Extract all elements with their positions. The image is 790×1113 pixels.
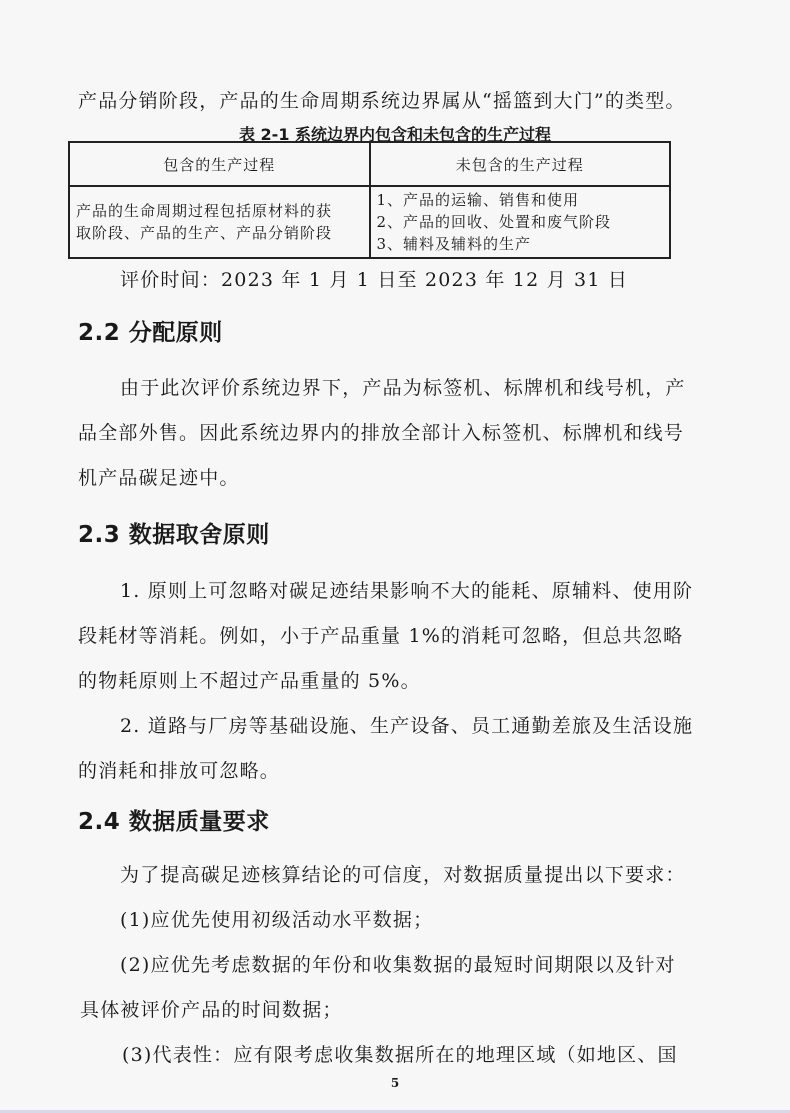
paragraph-line: 由于此次评价系统边界下，产品为标签机、标牌机和线号机，产 <box>120 373 686 400</box>
paragraph-line: (2)应优先考虑数据的年份和收集数据的最短时间期限以及针对 <box>120 950 676 977</box>
document-page: 产品分销阶段，产品的生命周期系统边界属从“摇篮到大门”的类型。 表 2-1 系统… <box>0 0 790 1113</box>
excluded-item: 2、产品的回收、处置和废气阶段 <box>377 211 664 233</box>
paragraph-line: (1)应优先使用初级活动水平数据； <box>120 905 433 932</box>
paragraph-line: 品全部外售。因此系统边界内的排放全部计入标签机、标牌机和线号 <box>78 418 684 445</box>
cell-excluded: 1、产品的运输、销售和使用 2、产品的回收、处置和废气阶段 3、辅料及辅料的生产 <box>370 186 671 258</box>
table-row: 产品的生命周期过程包括原材料的获 取阶段、产品的生产、产品分销阶段 1、产品的运… <box>69 186 670 258</box>
paragraph-line: 段耗材等消耗。例如，小于产品重量 1%的消耗可忽略，但总共忽略 <box>78 621 683 648</box>
intro-line: 产品分销阶段，产品的生命周期系统边界属从“摇篮到大门”的类型。 <box>78 86 686 113</box>
system-boundary-table: 包含的生产过程 未包含的生产过程 产品的生命周期过程包括原材料的获 取阶段、产品… <box>68 141 671 259</box>
paragraph-line: 为了提高碳足迹核算结论的可信度，对数据质量提出以下要求： <box>120 860 686 887</box>
paragraph-line: (3)代表性：应有限考虑收集数据所在的地理区域（如地区、国 <box>122 1040 678 1067</box>
paragraph-line: 的消耗和排放可忽略。 <box>78 756 280 783</box>
header-included: 包含的生产过程 <box>69 142 370 186</box>
evaluation-time: 评价时间：2023 年 1 月 1 日至 2023 年 12 月 31 日 <box>120 265 628 292</box>
cell-included: 产品的生命周期过程包括原材料的获 取阶段、产品的生产、产品分销阶段 <box>69 186 370 258</box>
section-heading-2-3: 2.3 数据取舍原则 <box>78 516 270 549</box>
paragraph-line: 具体被评价产品的时间数据； <box>80 995 343 1022</box>
included-line: 取阶段、产品的生产、产品分销阶段 <box>76 222 363 244</box>
paragraph-line: 机产品碳足迹中。 <box>78 463 240 490</box>
section-heading-2-4: 2.4 数据质量要求 <box>78 803 270 836</box>
paragraph-line: 的物耗原则上不超过产品重量的 5%。 <box>78 666 421 693</box>
table-header-row: 包含的生产过程 未包含的生产过程 <box>69 142 670 186</box>
section-heading-2-2: 2.2 分配原则 <box>78 314 223 347</box>
excluded-item: 3、辅料及辅料的生产 <box>377 233 664 255</box>
paragraph-line: 1. 原则上可忽略对碳足迹结果影响不大的能耗、原辅料、使用阶 <box>120 576 693 603</box>
page-number: 5 <box>0 1076 790 1090</box>
header-excluded: 未包含的生产过程 <box>370 142 671 186</box>
paragraph-line: 2. 道路与厂房等基础设施、生产设备、员工通勤差旅及生活设施 <box>120 711 693 738</box>
included-line: 产品的生命周期过程包括原材料的获 <box>76 200 363 222</box>
excluded-item: 1、产品的运输、销售和使用 <box>377 189 664 211</box>
